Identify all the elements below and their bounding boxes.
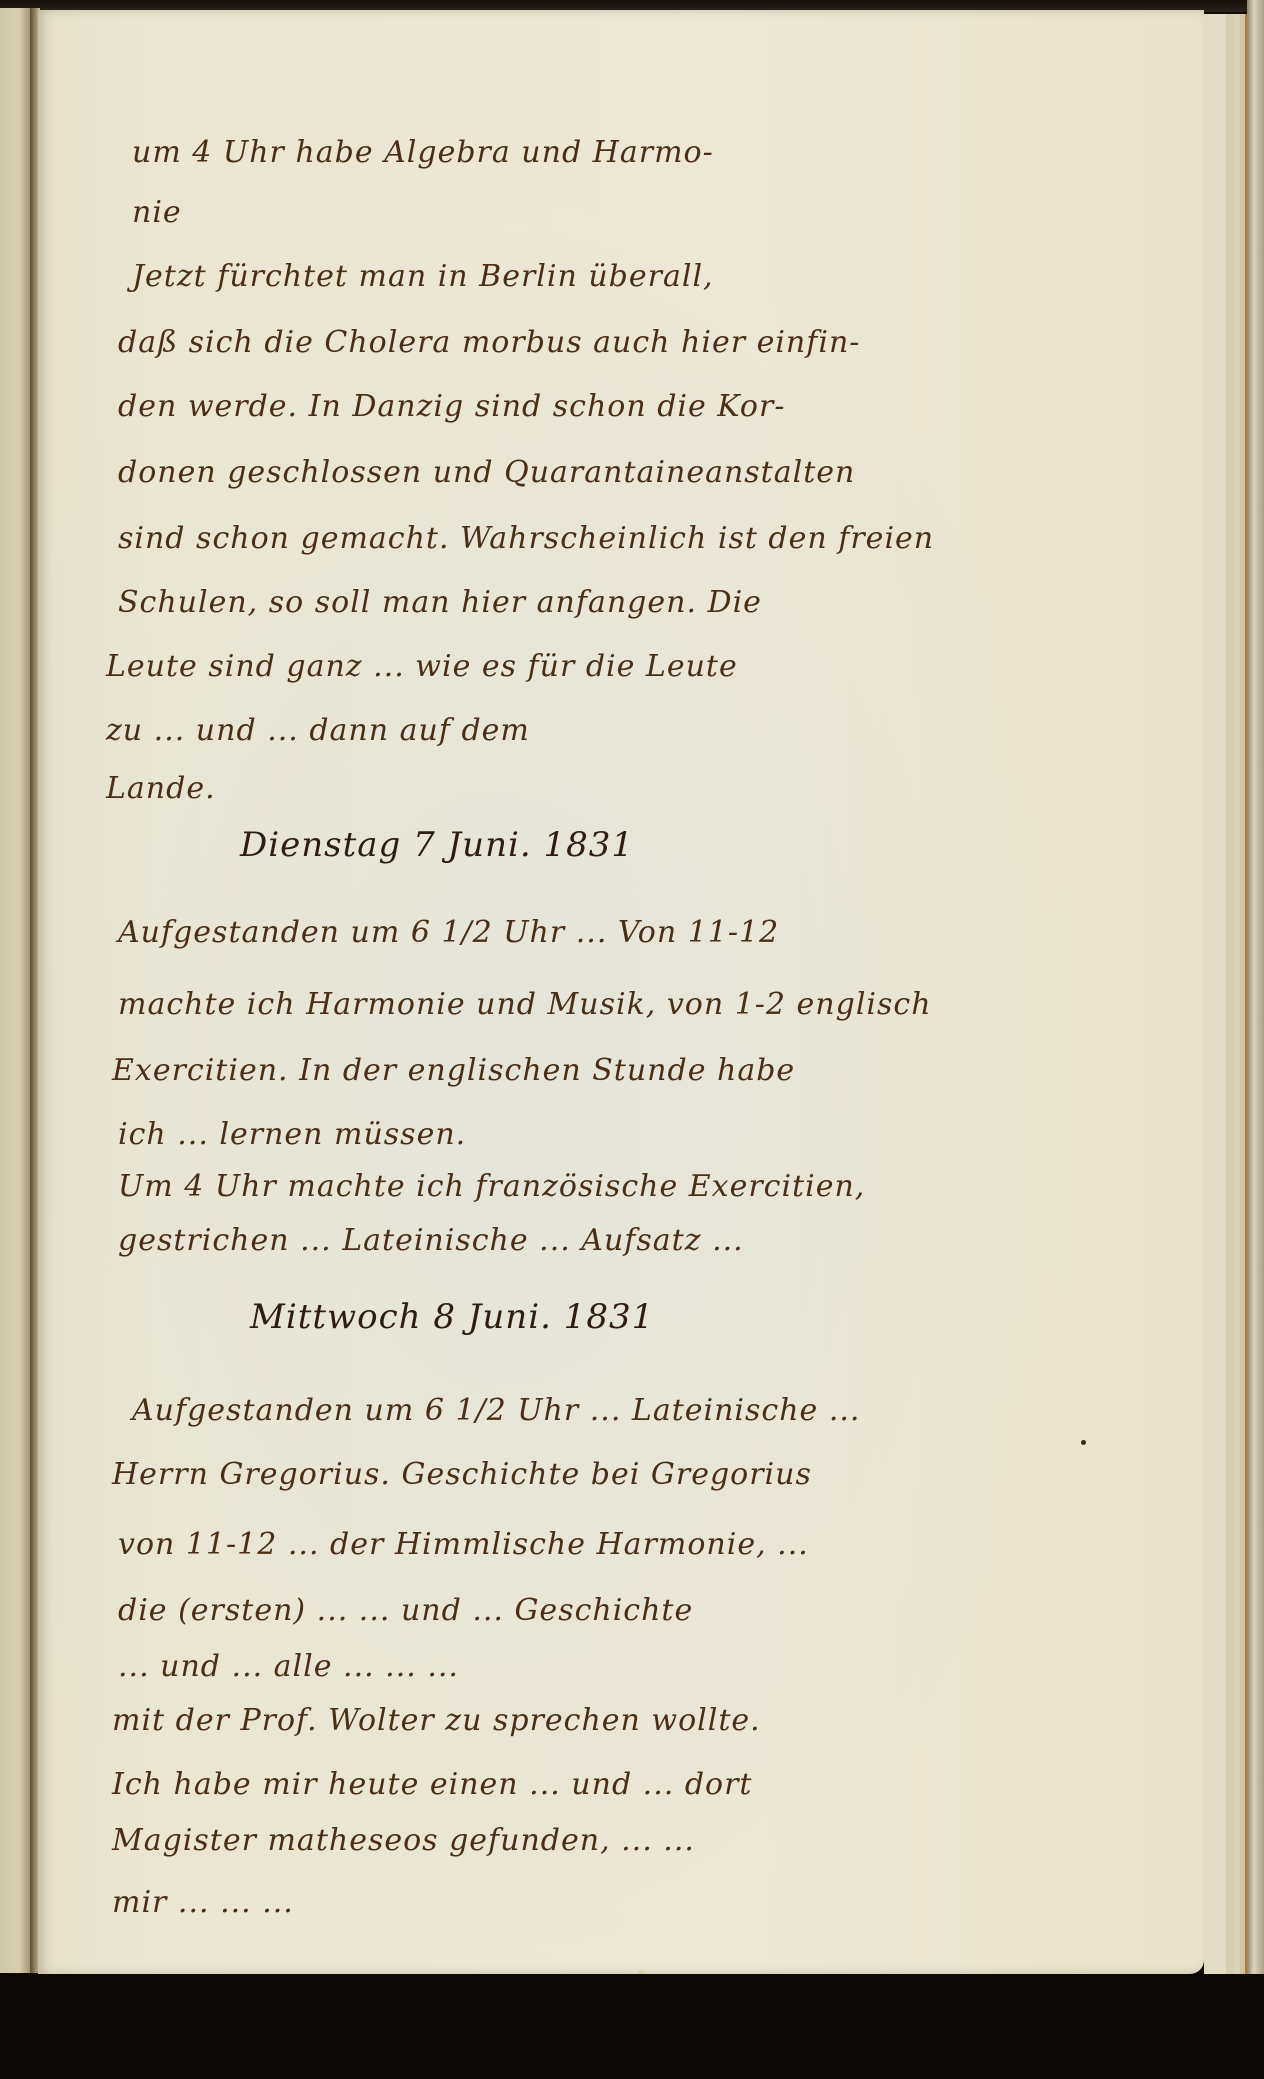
manuscript-line: ... und ... alle ... ... ... bbox=[118, 1652, 459, 1682]
manuscript-line: gestrichen ... Lateinische ... Aufsatz .… bbox=[118, 1226, 744, 1256]
manuscript-line: den werde. In Danzig sind schon die Kor- bbox=[118, 392, 785, 422]
book-cover-edge bbox=[1247, 0, 1264, 2079]
manuscript-line: Ich habe mir heute einen ... und ... dor… bbox=[112, 1770, 753, 1800]
facing-page-edge bbox=[0, 8, 34, 1973]
manuscript-line: mir ... ... ... bbox=[112, 1888, 294, 1918]
manuscript-line: sind schon gemacht. Wahrscheinlich ist d… bbox=[118, 524, 934, 554]
manuscript-line: Jetzt fürchtet man in Berlin überall, bbox=[132, 262, 714, 292]
manuscript-line: Leute sind ganz ... wie es für die Leute bbox=[106, 652, 738, 682]
manuscript-line: zu ... und ... dann auf dem bbox=[106, 716, 530, 746]
date-heading: Dienstag 7 Juni. 1831 bbox=[240, 828, 634, 862]
manuscript-line: von 11-12 ... der Himmlische Harmonie, .… bbox=[118, 1530, 809, 1560]
manuscript-line: Aufgestanden um 6 1/2 Uhr ... Von 11-12 bbox=[118, 918, 779, 948]
manuscript-line: Lande. bbox=[106, 774, 216, 804]
manuscript-line: daß sich die Cholera morbus auch hier ei… bbox=[118, 328, 860, 358]
manuscript-line: donen geschlossen und Quarantaineanstalt… bbox=[118, 458, 855, 488]
date-heading: Mittwoch 8 Juni. 1831 bbox=[250, 1300, 654, 1334]
page-edge-stack bbox=[1204, 14, 1228, 1974]
manuscript-line: Schulen, so soll man hier anfangen. Die bbox=[118, 588, 762, 618]
book-bottom-edge bbox=[0, 1974, 1264, 2079]
manuscript-line: ich ... lernen müssen. bbox=[118, 1120, 466, 1150]
manuscript-line: die (ersten) ... ... und ... Geschichte bbox=[118, 1596, 693, 1626]
manuscript-line: Um 4 Uhr machte ich französische Exercit… bbox=[118, 1172, 865, 1202]
manuscript-line: um 4 Uhr habe Algebra und Harmo- bbox=[132, 138, 714, 168]
manuscript-line: Exercitien. In der englischen Stunde hab… bbox=[112, 1056, 795, 1086]
manuscript-line: Aufgestanden um 6 1/2 Uhr ... Lateinisch… bbox=[132, 1396, 860, 1426]
page-edge-stack bbox=[1240, 14, 1247, 1974]
manuscript-line: mit der Prof. Wolter zu sprechen wollte. bbox=[112, 1706, 761, 1736]
manuscript-line: Magister matheseos gefunden, ... ... bbox=[112, 1826, 695, 1856]
paper-stain bbox=[1081, 1440, 1086, 1445]
manuscript-line: nie bbox=[132, 198, 182, 228]
manuscript-line: Herrn Gregorius. Geschichte bei Gregoriu… bbox=[112, 1460, 812, 1490]
manuscript-line: machte ich Harmonie und Musik, von 1-2 e… bbox=[118, 990, 932, 1020]
